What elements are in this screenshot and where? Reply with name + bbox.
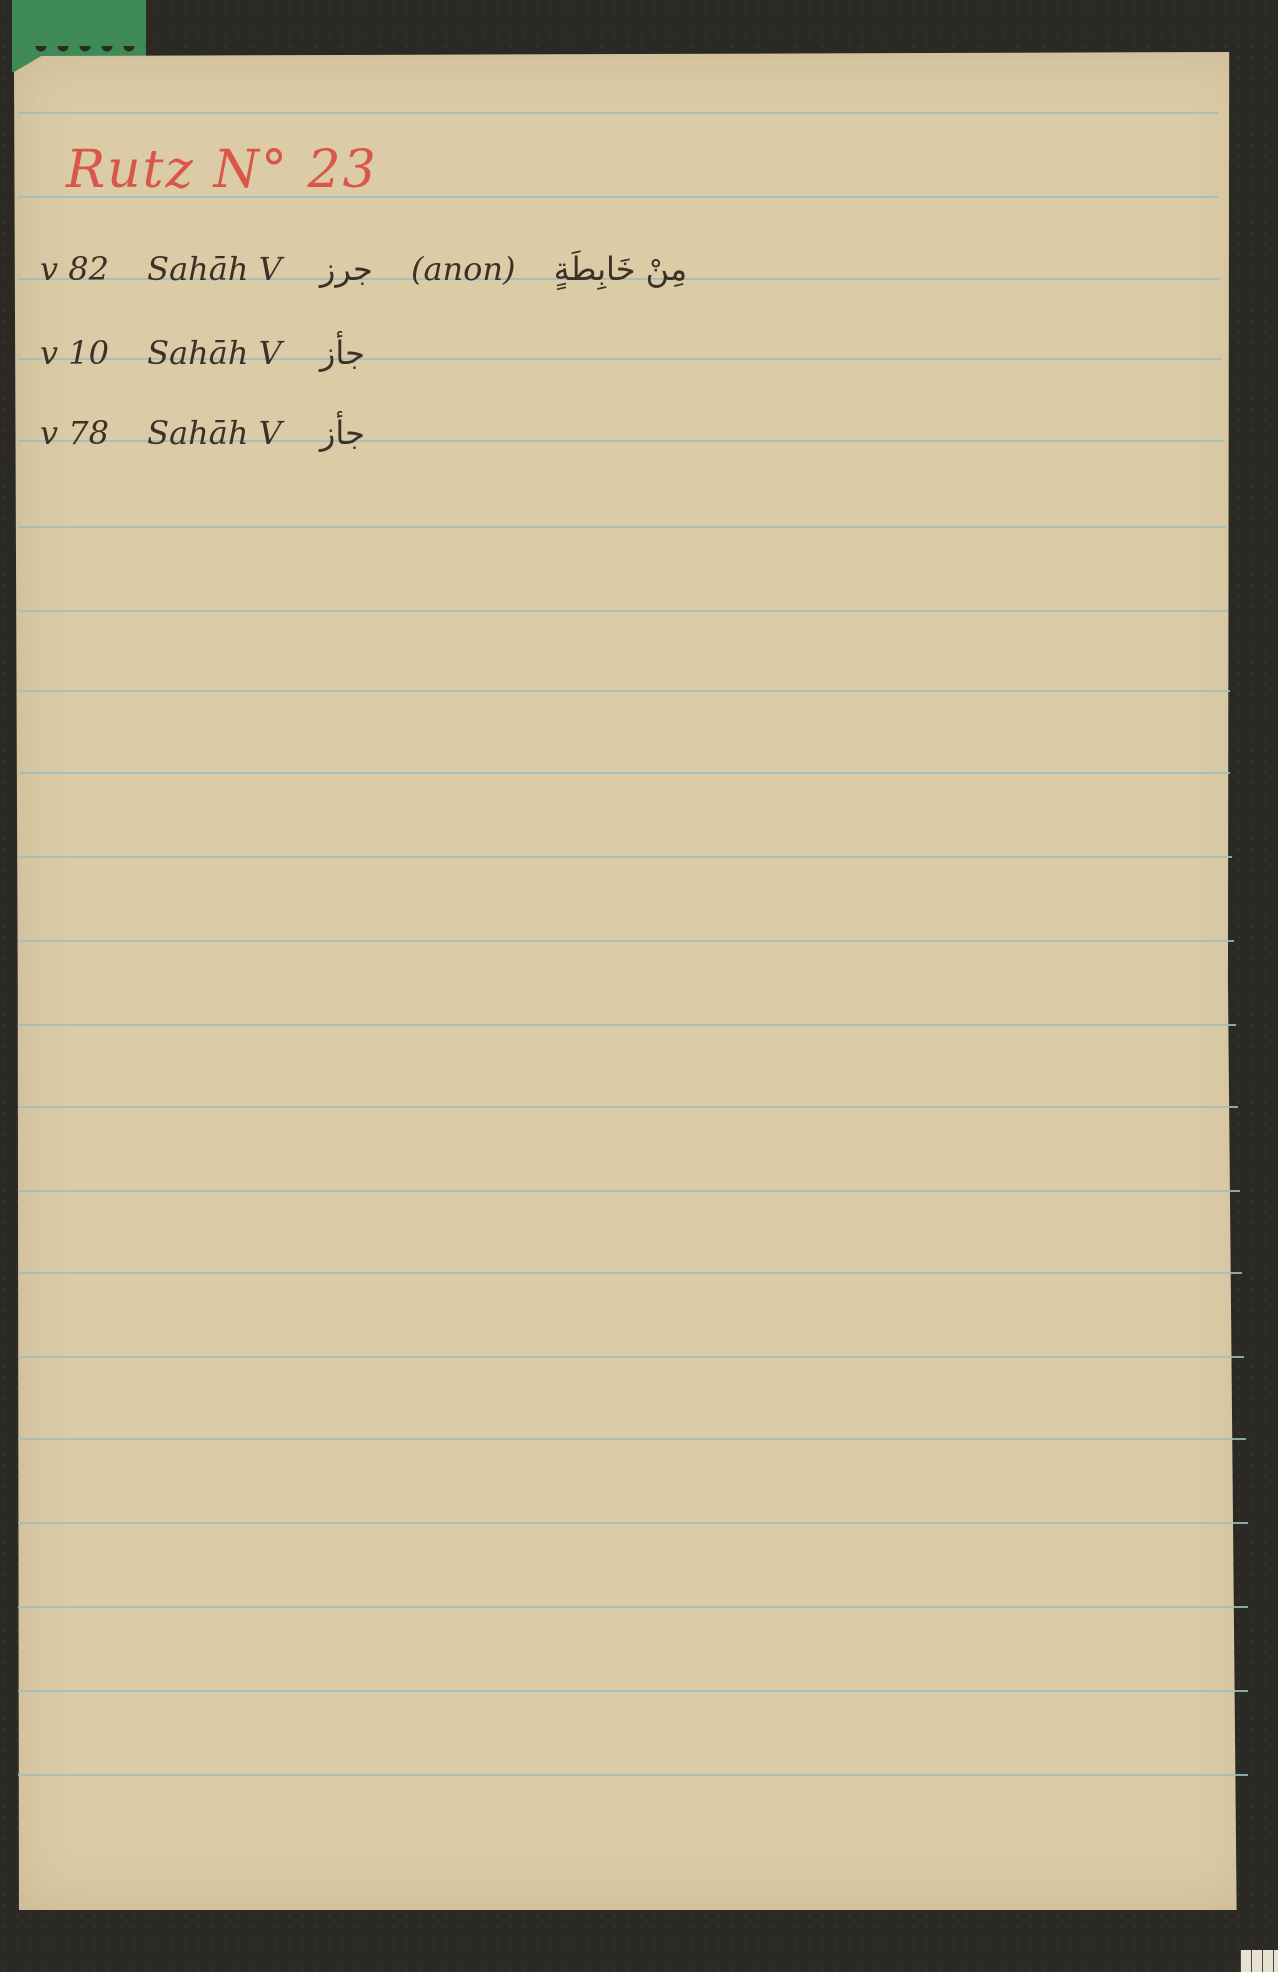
ruled-line — [18, 1774, 1248, 1776]
entry-arabic-word: جأز — [320, 334, 365, 372]
ruler-ticks — [1240, 1950, 1278, 1972]
ruled-line — [18, 772, 1230, 774]
ruled-line — [18, 526, 1226, 528]
ruled-line — [18, 1690, 1248, 1692]
entry-source: Sahāh V — [147, 334, 282, 372]
ruled-line — [18, 940, 1234, 942]
ruled-line — [18, 1522, 1248, 1524]
entry-arabic-word: جأز — [320, 414, 365, 452]
entry-note: (anon) — [411, 250, 516, 288]
ruled-line — [18, 1190, 1240, 1192]
ruled-line — [18, 690, 1230, 692]
entry-row: v 82 Sahāh V جرز (anon) مِنْ خَابِطَةٍ — [40, 250, 715, 288]
ruled-line — [18, 1606, 1248, 1608]
card-heading: Rutz N° 23 — [66, 140, 378, 200]
entry-ref: v 82 — [40, 250, 109, 288]
ruled-line — [18, 112, 1218, 114]
index-card — [14, 52, 1254, 1910]
ruled-line — [18, 1356, 1244, 1358]
entry-row: v 10 Sahāh V جأز — [40, 334, 393, 372]
ruled-line — [18, 1438, 1246, 1440]
entry-arabic-word: جرز — [320, 250, 373, 288]
perforated-top-edge — [30, 46, 1210, 62]
ruled-line — [18, 610, 1228, 612]
entry-ref: v 10 — [40, 334, 109, 372]
entry-arabic-phrase: مِنْ خَابِطَةٍ — [554, 250, 688, 288]
ruled-line — [18, 1106, 1238, 1108]
ruled-line — [18, 1024, 1236, 1026]
scale-ruler — [1240, 1950, 1278, 1972]
ruled-line — [18, 1272, 1242, 1274]
entry-ref: v 78 — [40, 414, 109, 452]
ruled-line — [18, 856, 1232, 858]
entry-source: Sahāh V — [147, 414, 282, 452]
entry-source: Sahāh V — [147, 250, 282, 288]
entry-row: v 78 Sahāh V جأز — [40, 414, 393, 452]
